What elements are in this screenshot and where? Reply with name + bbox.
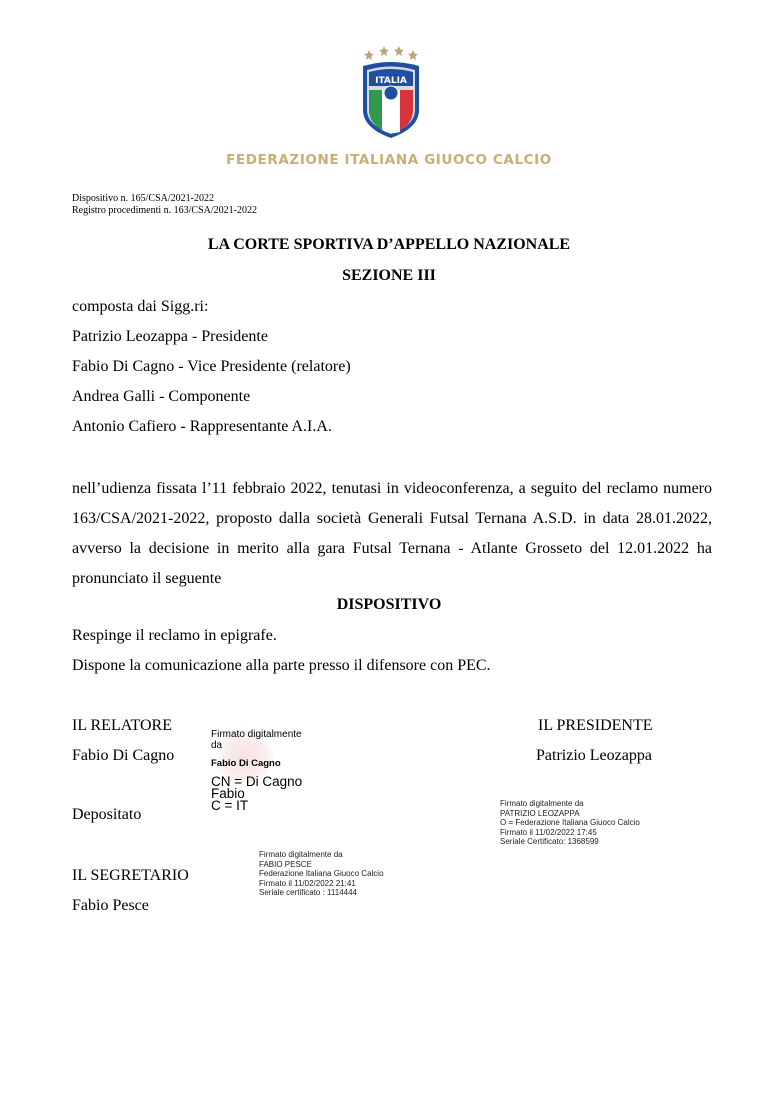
segretario-digital-signature: Firmato digitalmente da FABIO PESCE Fede… xyxy=(259,850,384,898)
member-component: Andrea Galli - Componente xyxy=(72,387,250,407)
segretario-name: Fabio Pesce xyxy=(72,896,149,916)
presidente-role: IL PRESIDENTE xyxy=(538,716,653,736)
depositato-label: Depositato xyxy=(72,805,141,825)
presidente-name: Patrizio Leozappa xyxy=(536,746,652,766)
ruling-line-1: Respinge il reclamo in epigrafe. xyxy=(72,626,277,646)
relatore-digital-signature: Firmato digitalmente da Fabio Di Cagno C… xyxy=(211,729,302,812)
relatore-signer: Fabio Di Cagno xyxy=(211,758,302,769)
composition-intro: composta dai Sigg.ri: xyxy=(72,297,208,317)
section-title: SEZIONE III xyxy=(0,267,778,285)
dispositivo-number: Dispositivo n. 165/CSA/2021-2022 xyxy=(72,193,257,205)
relatore-name: Fabio Di Cagno xyxy=(72,746,174,766)
dispositivo-heading: DISPOSITIVO xyxy=(0,596,778,614)
hearing-paragraph: nell’udienza fissata l’11 febbraio 2022,… xyxy=(72,474,712,594)
member-aia: Antonio Cafiero - Rappresentante A.I.A. xyxy=(72,417,332,437)
member-vice-president: Fabio Di Cagno - Vice Presidente (relato… xyxy=(72,357,351,377)
relatore-role: IL RELATORE xyxy=(72,716,172,736)
member-president: Patrizio Leozappa - Presidente xyxy=(72,327,268,347)
figc-logo: ITALIA xyxy=(358,40,424,140)
federation-name: FEDERAZIONE ITALIANA GIUOCO CALCIO xyxy=(0,152,778,168)
logo-text: ITALIA xyxy=(375,76,407,86)
segretario-role: IL SEGRETARIO xyxy=(72,866,189,886)
registro-number: Registro procedimenti n. 163/CSA/2021-20… xyxy=(72,205,257,217)
ruling-line-2: Dispone la comunicazione alla parte pres… xyxy=(72,656,491,676)
figc-crest-icon: ITALIA xyxy=(358,40,424,140)
document-meta: Dispositivo n. 165/CSA/2021-2022 Registr… xyxy=(72,193,257,217)
presidente-digital-signature: Firmato digitalmente da PATRIZIO LEOZAPP… xyxy=(500,799,640,847)
court-title: LA CORTE SPORTIVA D’APPELLO NAZIONALE xyxy=(0,236,778,254)
